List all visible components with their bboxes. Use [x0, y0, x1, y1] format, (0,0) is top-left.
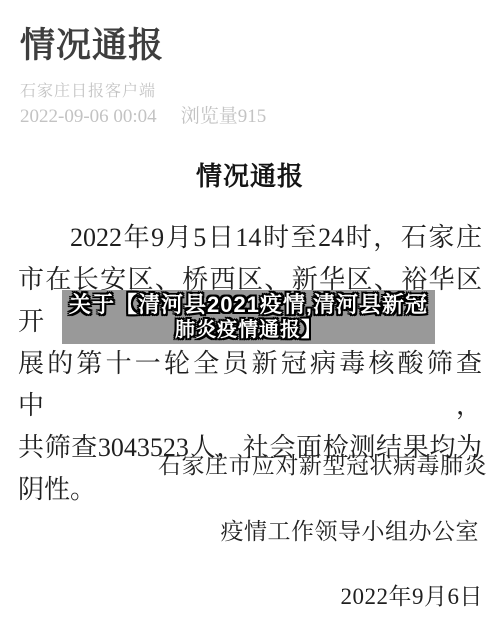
body-line: 2022年9月5日14时至24时，石家庄: [18, 217, 482, 259]
overlay-title-line: 肺炎疫情通报】: [175, 318, 322, 343]
body-line: 展的第十一轮全员新冠病毒核酸筛查中，: [18, 343, 482, 427]
signature-line: 疫情工作领导小组办公室: [0, 513, 500, 546]
article-body: 2022年9月5日14时至24时，石家庄 市在长安区、桥西区、新华区、裕华区开 …: [18, 217, 482, 511]
article-source: 石家庄日报客户端: [20, 78, 156, 101]
view-count: 浏览量915: [181, 106, 267, 127]
overlay-title-line: 关于【清河县2021疫情,清河县新冠: [69, 291, 428, 318]
seo-title-overlay: 关于【清河县2021疫情,清河县新冠 肺炎疫情通报】: [62, 290, 435, 344]
article-heading: 情况通报: [0, 156, 500, 193]
article-date: 2022年9月6日: [0, 578, 500, 611]
body-line: 阴性。: [18, 469, 482, 511]
article-page: 情况通报 石家庄日报客户端 2022-09-06 00:04浏览量915 情况通…: [0, 0, 500, 636]
article-meta: 2022-09-06 00:04浏览量915: [20, 101, 266, 128]
publish-datetime: 2022-09-06 00:04: [20, 106, 157, 127]
body-line: 共筛查3043523人，社会面检测结果均为: [18, 427, 482, 469]
page-title: 情况通报: [20, 18, 164, 68]
